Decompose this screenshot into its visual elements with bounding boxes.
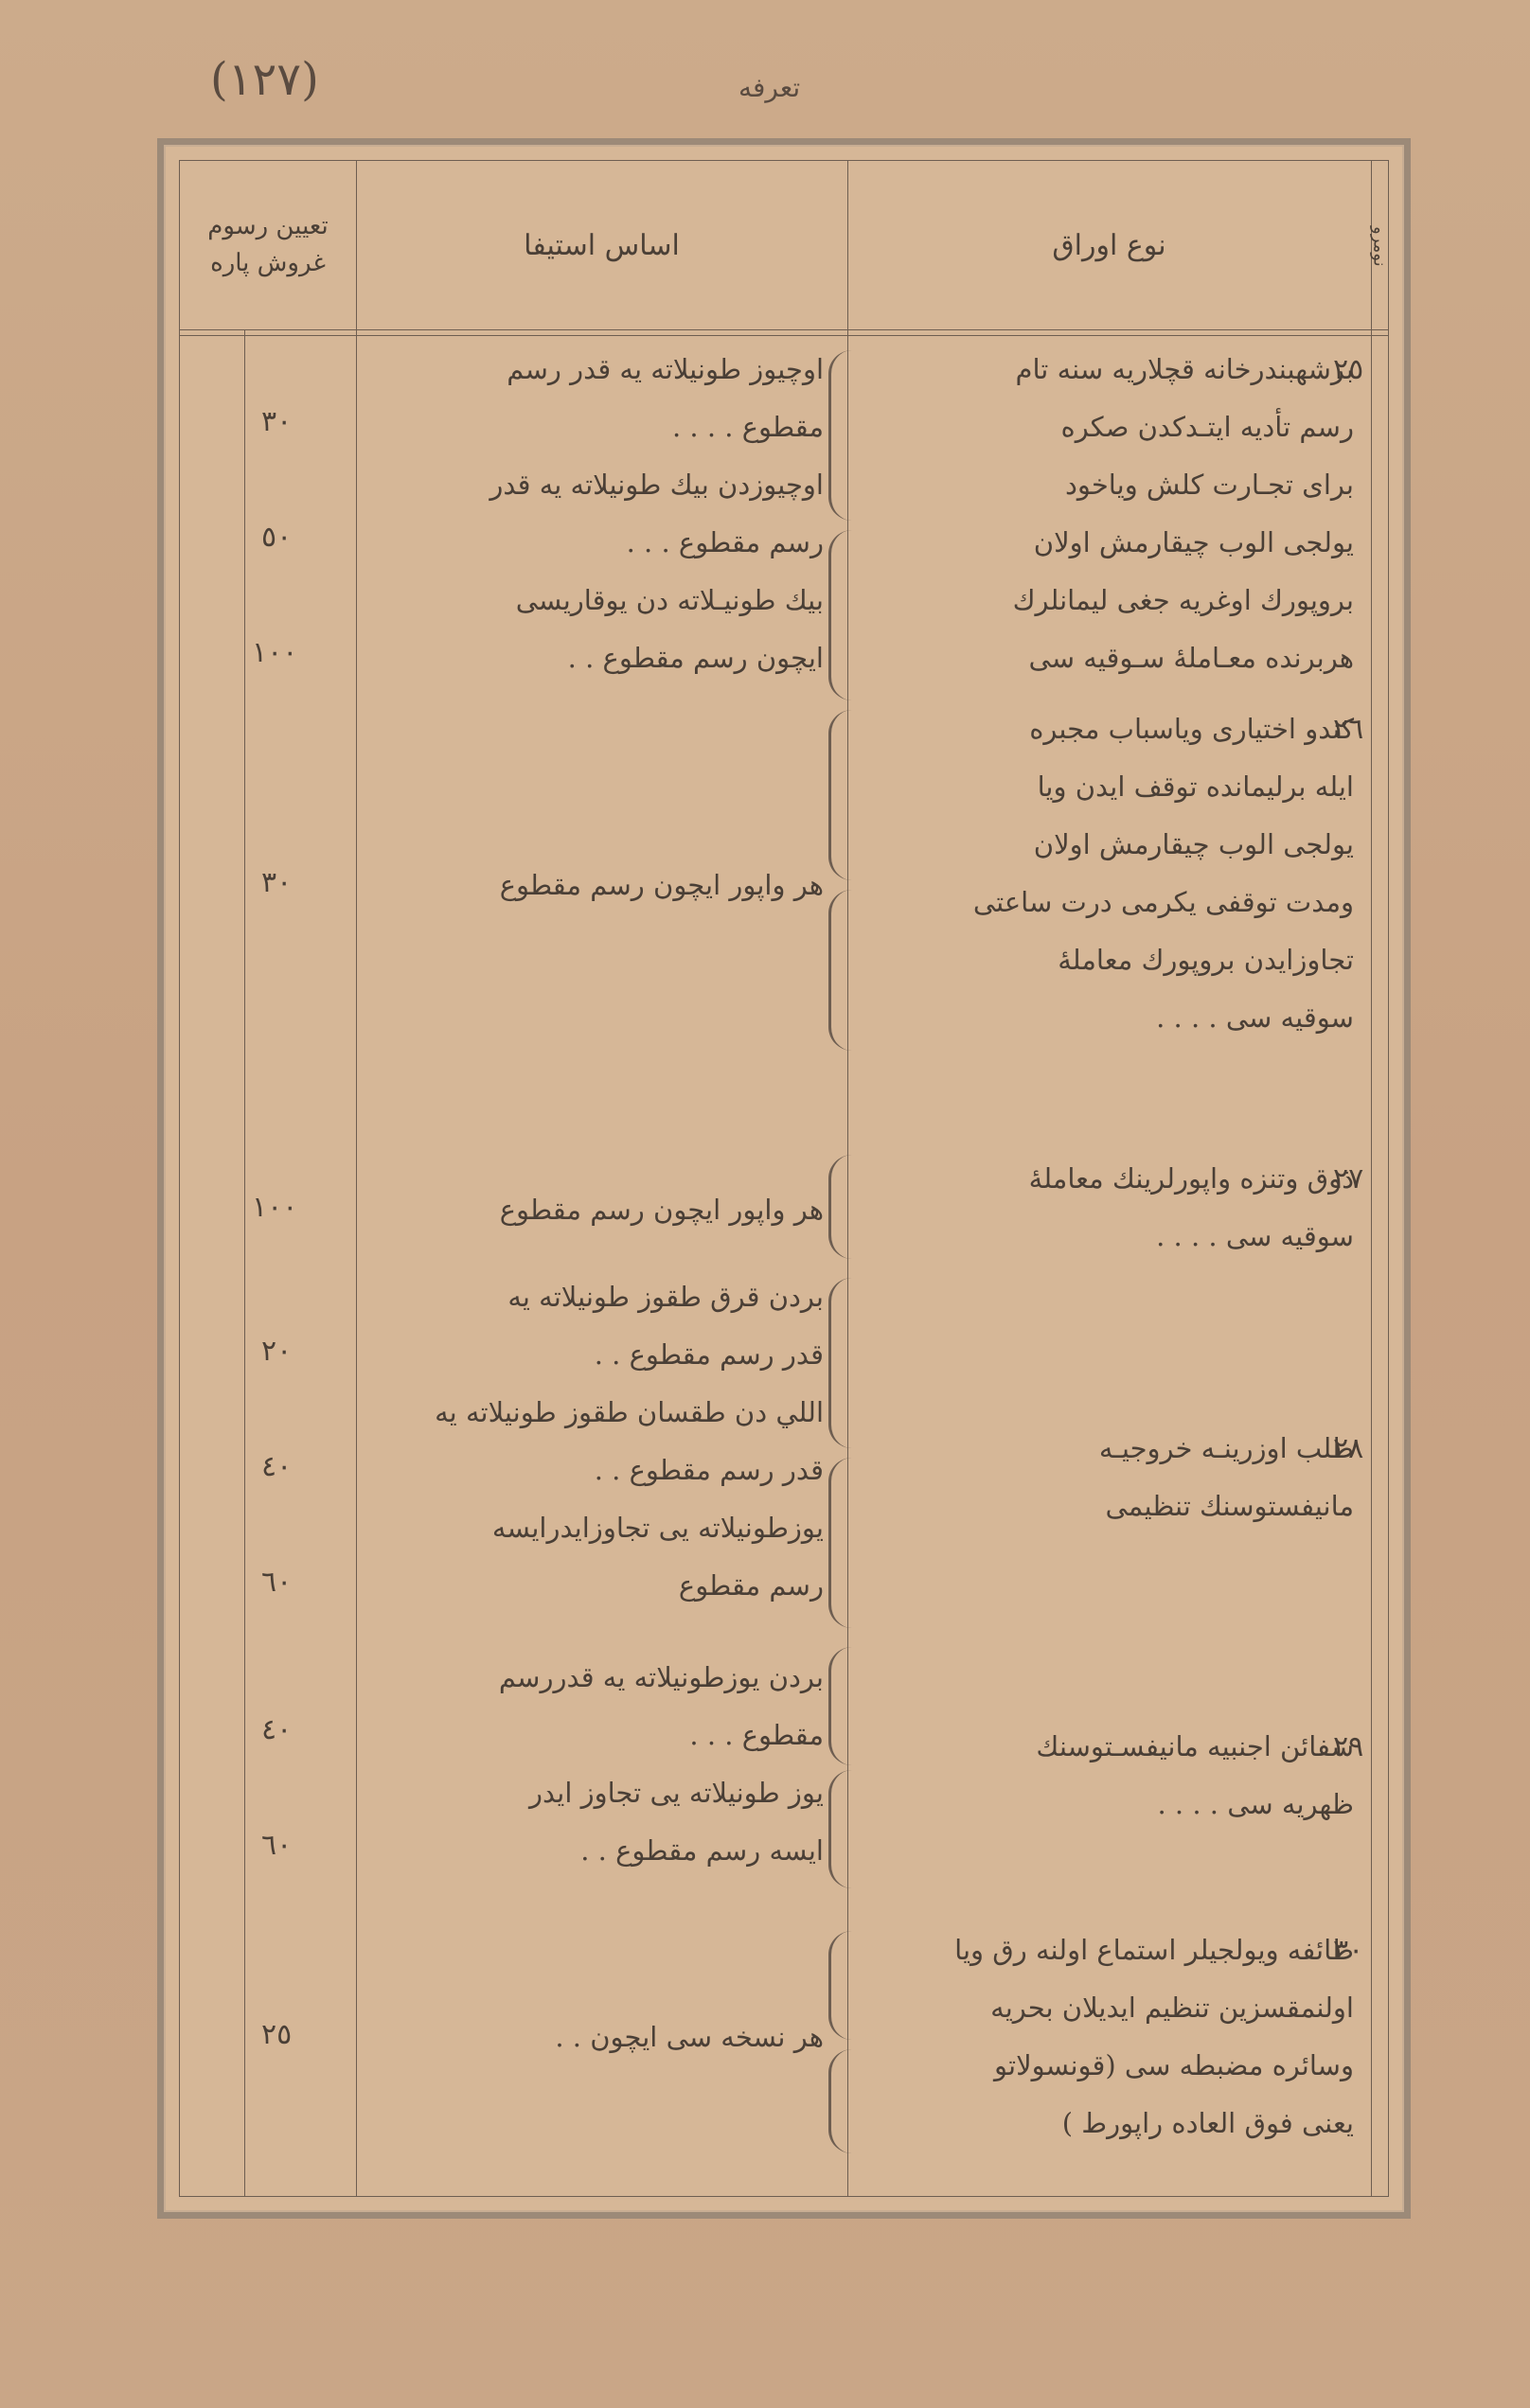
brace-icon [828,1278,852,1448]
column-divider-fee-sub [244,329,245,2196]
brace-icon [828,710,852,880]
page-title: تعرفه [738,72,800,103]
entry-document-type: برشهبندرخانه قچلاريه سنه تام رسم تأديه ا… [1013,341,1354,687]
header-fee-title: تعيين رسوم [207,208,328,245]
brace-icon [828,1155,852,1259]
fee-kurus: ٤٠ [261,1713,292,1746]
fee-kurus: ٢٠ [261,1335,292,1368]
fee-kurus: ٣٠ [261,405,292,438]
fee-kurus: ٦٠ [261,1566,292,1599]
fee-kurus: ٢٥ [261,2018,292,2051]
header-fee: تعيين رسوم غروش پاره [180,161,356,329]
entry-document-type: طلب اوزرينـه خروجيـه مانيفستوسنك تنظيمى [1099,1420,1354,1535]
entry-document-type: كندو اختيارى وياسباب مجبره ايله برليماند… [973,700,1354,1047]
column-divider-basis [356,161,357,2196]
fee-kurus: ١٠٠ [252,636,297,669]
header-basis: اساس استيفا [356,161,847,329]
entry-document-type: سفائن اجنبيه مانيفسـتوسنك ظهريه سى . . .… [1036,1718,1354,1833]
header-document-type: نوع اوراق [847,161,1371,329]
header-fee-units: غروش پاره [210,245,326,282]
brace-icon [828,530,852,700]
brace-icon [828,2049,852,2153]
column-divider-number [1371,161,1372,2196]
entry-basis: هر نسخه سى ايچون . . [555,2009,824,2066]
entry-basis: بردن قرق طقوز طونيلاته يه قدر رسم مقطوع … [435,1268,824,1615]
header-number: نومرو [1371,170,1388,322]
fee-kurus: ٤٠ [261,1450,292,1483]
fee-kurus: ٥٠ [261,521,292,554]
entry-basis: هر واپور ايچون رسم مقطوع [500,1181,824,1239]
entry-document-type: طائفه ويولجيلر استماع اولنه رق ويا اولنم… [954,1921,1354,2152]
tariff-table: نومرو نوع اوراق اساس استيفا تعيين رسوم غ… [179,160,1389,2197]
tariff-table-frame: نومرو نوع اوراق اساس استيفا تعيين رسوم غ… [157,138,1411,2219]
fee-kurus: ١٠٠ [252,1191,297,1224]
fee-kurus: ٦٠ [261,1829,292,1862]
brace-icon [828,890,852,1051]
header-rule [180,329,1388,330]
entry-document-type: ذوق وتنزه واپورلرينك معاملهٔ سوقيه سى . … [1029,1150,1354,1266]
page-number: (١٢٧) [210,53,319,106]
brace-icon [828,350,852,521]
brace-icon [828,1770,852,1888]
brace-icon [828,1647,852,1765]
entry-basis: هر واپور ايچون رسم مقطوع [500,857,824,914]
brace-icon [828,1458,852,1628]
entry-basis: بردن يوزطونيلاته يه قدررسم مقطوع . . . ي… [499,1649,824,1880]
brace-icon [828,1931,852,2040]
header-rule-second [180,335,1388,336]
entry-basis: اوچيوز طونيلاته يه قدر رسم مقطوع . . . .… [489,341,824,687]
fee-kurus: ٣٠ [261,866,292,899]
